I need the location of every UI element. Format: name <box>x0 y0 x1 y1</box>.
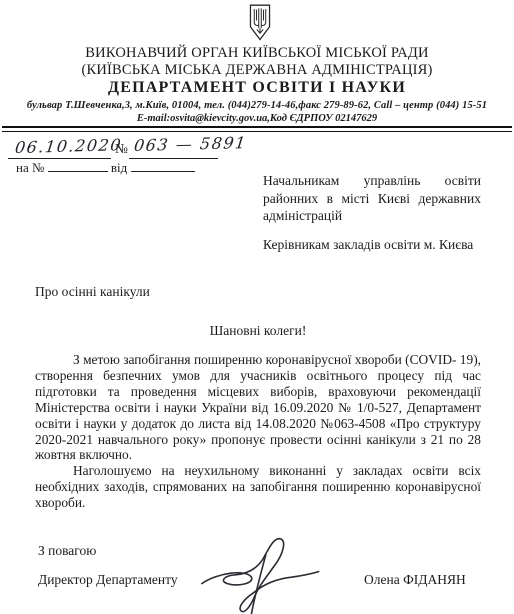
letter-body: З метою запобігання поширенню коронавіру… <box>35 352 481 511</box>
number-sign-label: № <box>115 141 128 157</box>
org-name-line1: ВИКОНАВЧИЙ ОРГАН КИЇВСЬКОЇ МІСЬКОЇ РАДИ <box>0 45 514 62</box>
subject-line: Про осінні канікули <box>35 284 150 300</box>
org-name-line2: (КИЇВСЬКА МІСЬКА ДЕРЖАВНА АДМІНІСТРАЦІЯ) <box>0 62 514 79</box>
reply-number-blank <box>48 159 108 172</box>
header-double-rule <box>2 126 512 132</box>
reply-reference-row: на № від <box>16 159 195 176</box>
body-paragraph-1: З метою запобігання поширенню коронавіру… <box>35 352 481 463</box>
official-letter-page: ВИКОНАВЧИЙ ОРГАН КИЇВСЬКОЇ МІСЬКОЇ РАДИ … <box>0 0 514 614</box>
addressee-block-2: Керівникам закладів освіти м. Києва <box>263 237 488 253</box>
department-title: ДЕПАРТАМЕНТ ОСВІТИ І НАУКИ <box>0 79 514 97</box>
signer-name: Олена ФІДАНЯН <box>364 572 466 588</box>
email-edrpou-line: E-mail:osvita@kievcity.gov.ua,Код ЄДРПОУ… <box>0 113 514 124</box>
handwritten-signature <box>196 534 326 614</box>
addressee-block-1: Начальникам управлінь освіти районних в … <box>263 172 481 225</box>
reply-na-label: на № <box>16 160 44 175</box>
reply-vid-label: від <box>111 160 127 175</box>
ukraine-trident-emblem <box>246 3 274 43</box>
closing-phrase: З повагою <box>38 543 96 559</box>
body-paragraph-2: Наголошуємо на неухильному виконанні у з… <box>35 463 481 511</box>
handwritten-date: 06.10.2020 <box>14 135 123 157</box>
address-line: бульвар Т.Шевченка,3, м.Київ, 01004, тел… <box>0 100 514 111</box>
handwritten-outgoing-number: 063 — 5891 <box>133 133 248 155</box>
signer-position: Директор Департаменту <box>38 572 178 588</box>
salutation: Шановні колеги! <box>35 323 481 339</box>
reply-date-blank <box>131 159 195 172</box>
